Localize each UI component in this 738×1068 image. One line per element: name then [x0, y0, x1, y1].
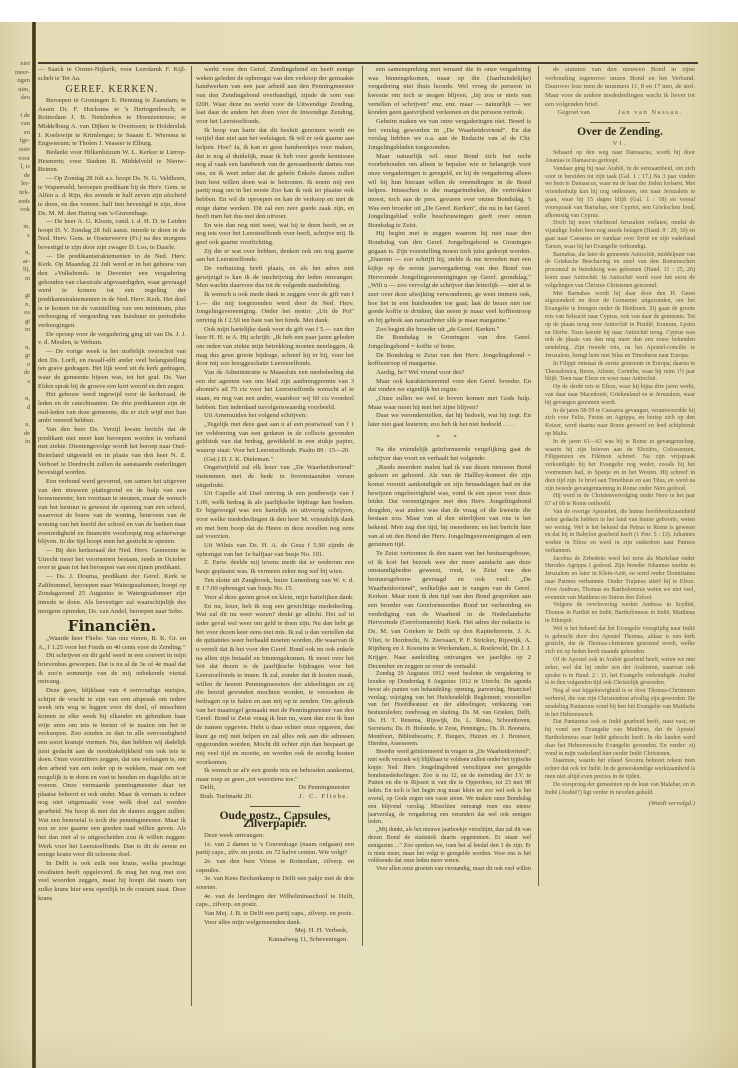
- text-fragment: meer-: [0, 69, 30, 78]
- postz-signature-address: Kanaalweg 11, Scheveningen.: [196, 936, 354, 945]
- text-fragment: n,: [0, 301, 30, 310]
- paragraph: Van Mej. J. B. te Delft een partij caps.…: [196, 910, 354, 919]
- text-fragment: ar-: [0, 258, 30, 267]
- paragraph: 1e. van 2 dames te 's Gravenhage (naam o…: [196, 841, 354, 858]
- greeting-name: Jan van Nassau.: [618, 109, 683, 118]
- text-fragment: eeds: [0, 198, 30, 207]
- paragraph: Zondag 20 Augustus 1912 werd besloten de…: [368, 671, 531, 749]
- paragraph: Ik hoop van harte dat dit besluit genome…: [196, 127, 354, 222]
- text-fragment: u,: [0, 421, 30, 430]
- paragraph: 4e. van de leerlingen der Wilhelminascho…: [196, 893, 354, 910]
- text-fragment: [0, 387, 30, 396]
- paragraph: „Onze zullen we wel te boven komen met G…: [368, 395, 531, 412]
- paragraph: Nog al wat bijgeloovigheid is er door Th…: [545, 688, 695, 719]
- paragraph: — De predikantstraktementen in de Ned. H…: [38, 253, 186, 331]
- paragraph: werkt voor den Geref. Zendingsbond en he…: [196, 66, 354, 127]
- paragraph: Voor allen onze groeten van verstandig, …: [368, 866, 531, 871]
- text-fragment: en: [0, 129, 30, 138]
- paragraph: Van de Administratie te Maassluis een me…: [196, 369, 354, 412]
- signature-place: Delft,: [200, 784, 215, 793]
- paragraph: „Tegelijk met deze gaat aan u af een pos…: [196, 421, 354, 456]
- text-fragment: gt: [0, 318, 30, 327]
- paragraph: Ik wensch ze al'e een goede reis en beho…: [196, 767, 354, 784]
- text-fragment: m: [0, 326, 30, 335]
- text-fragment: d: [0, 404, 30, 413]
- paragraph: Daarmee, waarin het eiland Socotra behoo…: [545, 758, 695, 781]
- paragraph: — De vorige week is het stoffelijk overs…: [38, 348, 186, 391]
- paragraph: Beroepen te Groningen E. Henning te Zaan…: [38, 97, 186, 149]
- text-fragment: deu: [0, 94, 30, 103]
- paragraph: „Reeds meerdere malen had ik van dezen n…: [368, 464, 531, 551]
- text-fragment: o: [0, 361, 30, 370]
- text-fragment: fge-: [0, 137, 30, 146]
- divider: [590, 122, 650, 123]
- text-fragment: n,: [0, 344, 30, 353]
- paragraph: Uit Wilnis van Ds. H. A. de Geus f 5.90 …: [196, 542, 354, 559]
- section-number: VI.: [545, 140, 695, 149]
- text-fragment: t de: [0, 112, 30, 121]
- paragraph: Maar ook karakteriseerend voor den Geref…: [368, 378, 531, 395]
- signature-row: Brab. Turfmarkt 20. J. C. Fliebe.: [196, 793, 354, 802]
- paragraph: Zoo begint die broeder uit „de Geref. Ke…: [368, 326, 531, 335]
- column1-intro: — Saack te Ooster-Nijkerk; voor Leerdamk…: [38, 66, 186, 83]
- section-title-financien: Financiën.: [38, 622, 186, 631]
- text-fragment: de: [0, 369, 30, 378]
- paragraph: In Filippi ontstaat de eerste gemeente i…: [545, 361, 695, 384]
- text-fragment: n,: [0, 395, 30, 404]
- text-fragment: e: [0, 232, 30, 241]
- paragraph: 2e. van den heer Vriese te Rotterdam, zi…: [196, 858, 354, 875]
- top-rule: [38, 62, 698, 64]
- paragraph: Maar natuurlijk wil onze Bond zich het r…: [368, 153, 531, 231]
- paragraph: Of de Apostel ook in Arabië gearbeid hee…: [545, 657, 695, 688]
- signature-address: Brab. Turfmarkt 20.: [200, 793, 253, 802]
- column-1: — Saack te Ooster-Nijkerk; voor Leerdamk…: [38, 66, 186, 1011]
- paragraph: — Ds. J. Douma, predikant der Geref. Ker…: [38, 573, 186, 616]
- paragraph: Ten slotte uit Zaugbroek, huize Lunenbur…: [196, 577, 354, 594]
- paragraph: En nu, lezer, heb ik nog een gewichtige …: [196, 603, 354, 767]
- text-fragment: voor: [0, 155, 30, 164]
- paragraph: Ik wensch u ook mede dank te zeggen voor…: [196, 291, 354, 326]
- text-fragment: m: [0, 275, 30, 284]
- column-divider: [538, 66, 539, 886]
- column2-article: werkt voor den Geref. Zendingsbond en he…: [196, 66, 354, 784]
- paragraph: Geheim maken we van onze vergaderingen n…: [368, 118, 531, 153]
- page-gutter: [32, 22, 36, 1068]
- section-separator-stars: * *: [368, 434, 531, 443]
- text-fragment: l, is: [0, 163, 30, 172]
- paragraph: Breeder werd geïnformeerd in vragen in „…: [368, 749, 531, 827]
- column-3: een samenspreking met iemand die in onze…: [368, 66, 531, 871]
- text-fragment: 9),: [0, 266, 30, 275]
- paragraph: Zij die er wat over hebben, denken ook o…: [196, 248, 354, 265]
- paragraph: In de jaren 61—63 was hij te Rome in gev…: [545, 439, 695, 494]
- paragraph: Vandaar ging hij naar Arabië, in de eenz…: [545, 166, 695, 221]
- greeting-label: Gegroet van: [557, 109, 589, 118]
- paragraph: Jacobus de Zebedeüs werd het eerst als M…: [545, 556, 695, 603]
- financien-article: „Waarde heer Fliebe. Van ons vieren, B. …: [38, 635, 186, 903]
- zending-article: Sebaard op den weg naar Damascus, wordt …: [545, 150, 695, 797]
- paragraph: Aardig, he? Wel vriend voor des?: [368, 369, 531, 378]
- paragraph: Hij begint met te zeggen waarom hij niet…: [368, 230, 531, 325]
- paragraph: De verhuizing heeft plaats, en als het a…: [196, 265, 354, 291]
- column3-article-cont: Na die vriendelijk geïnformeerde vergeli…: [368, 446, 531, 671]
- column-divider: [362, 66, 363, 946]
- column4-intro: de statuten van den nieuwen Bond in zijn…: [545, 66, 695, 109]
- text-fragment: uim,: [0, 86, 30, 95]
- page-bottom-shade: [0, 1030, 738, 1068]
- paragraph: Met Barnabas wordt hij daar door den H. …: [545, 291, 695, 361]
- postz-article: Deze week ontvangen:1e. van 2 dames te '…: [196, 832, 354, 927]
- paragraph: een samenspreking met iemand die in onze…: [368, 66, 531, 118]
- paragraph: — De heer A. G. Kloots, cand. t. d. H. D…: [38, 218, 186, 253]
- section-title-over-de-zending: Over de Zending.: [545, 128, 695, 137]
- signature-role: De Penningmeester: [299, 784, 350, 793]
- text-fragment: ea: [0, 309, 30, 318]
- paragraph: Z. Eerw. deelde mij tevens mede dat er w…: [196, 559, 354, 576]
- paragraph: — Bij den kerkeraad der Ned. Herv. Gemee…: [38, 547, 186, 573]
- column3-article: een samenspreking met iemand die in onze…: [368, 66, 531, 430]
- paragraph: „Waarde heer Fliebe. Van ons vieren, B. …: [38, 635, 186, 652]
- text-fragment: m,: [0, 223, 30, 232]
- paragraph: (Get.) D. J. K. Dieleman.": [196, 456, 354, 465]
- text-fragment: ürk-: [0, 189, 30, 198]
- paragraph: De oproep voor de vergadering ging uit v…: [38, 331, 186, 348]
- text-fragment: [0, 215, 30, 224]
- paragraph: Voor al deze gaven groot en klein, mijn …: [196, 594, 354, 603]
- text-fragment: oote: [0, 146, 30, 155]
- paragraph: Bedankt voor Hilkenluizum W. L. Kerker t…: [38, 149, 186, 175]
- text-fragment: ngen: [0, 77, 30, 86]
- column1-articles: Beroepen te Groningen E. Henning te Zaan…: [38, 97, 186, 616]
- paragraph: Hij werd in de Christenvervolging onder …: [545, 493, 695, 509]
- paragraph: Uit Capelle a/d IJsel ontving ik een pos…: [196, 490, 354, 542]
- paragraph: Daar we veronderstellen, dat hij bedoelt…: [368, 412, 531, 429]
- paragraph: Het gebouw werd ingewijd voor de kerkera…: [38, 391, 186, 426]
- text-fragment: [0, 283, 30, 292]
- paragraph: En wie dan nog niet weet, wat hij te doe…: [196, 222, 354, 248]
- paragraph: „Mij dunkt, als het nieuwe jaarboekje ve…: [368, 827, 531, 866]
- paragraph: Na die vriendelijk geïnformeerde vergeli…: [368, 446, 531, 463]
- paragraph: Doch hij moet vluchtend Jeruzalem verlat…: [545, 220, 695, 251]
- section-title-oude-postz: Oude postz., Capsules, Zilverpapier.: [196, 812, 354, 829]
- text-fragment: n,: [0, 249, 30, 258]
- text-fragment: gt: [0, 352, 30, 361]
- paragraph: De oorsprong der gemeenten op de kust va…: [545, 782, 695, 798]
- paragraph: De Bondsdag te Zeist van den Herv. Jonge…: [368, 352, 531, 369]
- text-fragment: [0, 412, 30, 421]
- paragraph: Van de overige Apostelen, die hunne hoof…: [545, 509, 695, 556]
- text-fragment: ler-: [0, 180, 30, 189]
- paragraph: Een verbond werd gevormd, om samen het u…: [38, 478, 186, 547]
- paragraph: Ook mijn hartelijke dank voor de gift va…: [196, 326, 354, 369]
- text-fragment: a: [0, 378, 30, 387]
- paragraph: Voor alles mijn welgemeenden dank.: [196, 919, 354, 928]
- section-title-geref-kerken: GEREF. KERKEN.: [38, 86, 186, 95]
- paragraph: Deze gave, blijkbaar van 4 eenvoudige me…: [38, 687, 186, 860]
- text-fragment: [0, 240, 30, 249]
- paragraph: Te Zeist vertoonen ik den naam van het b…: [368, 550, 531, 671]
- text-fragment: gt: [0, 292, 30, 301]
- column-4: de statuten van den nieuwen Bond in zijn…: [545, 66, 695, 896]
- column-2: werkt voor den Geref. Zendingsbond en he…: [196, 66, 354, 946]
- paragraph: In de jaren 58-59 te Caesarea gevangen, …: [545, 408, 695, 439]
- previous-page-edge-text: nietmeer-ngenuim,deu t devanenfge-ootevo…: [0, 60, 30, 1060]
- paragraph: Sebaard op den weg naar Damascus, wordt …: [545, 150, 695, 166]
- paragraph: Op de derde reis te Efeze, waar hij bijn…: [545, 384, 695, 407]
- paragraph: Barnabas, die later de gemeente Antiochi…: [545, 252, 695, 291]
- continued-note: (Wordt vervolgd.): [545, 800, 695, 809]
- text-fragment: [0, 335, 30, 344]
- text-fragment: in: [0, 438, 30, 447]
- paragraph: Volgens de overlevering werkte Andreas i…: [545, 602, 695, 625]
- text-fragment: de: [0, 172, 30, 181]
- paragraph: Dat Pantaenus ook in Indië gearbeid heef…: [545, 719, 695, 758]
- paragraph: Uit Arnemuiden het volgend schrijven:: [196, 412, 354, 421]
- text-fragment: ook: [0, 206, 30, 215]
- text-fragment: niet: [0, 60, 30, 69]
- paragraph: Deze week ontvangen:: [196, 832, 354, 841]
- column3-article-small: Zondag 20 Augustus 1912 werd besloten de…: [368, 671, 531, 871]
- paragraph: Ongetwijfeld zal elk lezer van „De Waarh…: [196, 464, 354, 490]
- text-fragment: [0, 103, 30, 112]
- paragraph: 3e. van Kees Beckenkamp te Delft een pak…: [196, 875, 354, 892]
- paragraph: Dit schrijven en dit geld werd in een co…: [38, 652, 186, 687]
- postz-signature-name: Mej. H. H. Verbeek,: [196, 927, 354, 936]
- greeting-row: Gegroet van Jan van Nassau.: [545, 109, 695, 118]
- signature-row: Delft, De Penningmeester: [196, 784, 354, 793]
- column-divider: [191, 66, 192, 1006]
- paragraph: de statuten van den nieuwen Bond in zijn…: [545, 66, 695, 109]
- paragraph: — Op Zondag 28 Juli a.s. hoopt Ds. N. G.…: [38, 175, 186, 218]
- text-fragment: van: [0, 120, 30, 129]
- paragraph: In Delft is ook zulk een krans, welke pr…: [38, 860, 186, 903]
- paragraph: Wel is het bekend dat het Evangelie vroe…: [545, 626, 695, 657]
- divider: [250, 806, 300, 807]
- signature-name: J. C. Fliebe.: [299, 793, 350, 802]
- paragraph: Van den heer Ds. Verzijl kwam bericht da…: [38, 426, 186, 478]
- text-fragment: de: [0, 430, 30, 439]
- paragraph: De Bondsdag te Groningen van den Geref. …: [368, 334, 531, 351]
